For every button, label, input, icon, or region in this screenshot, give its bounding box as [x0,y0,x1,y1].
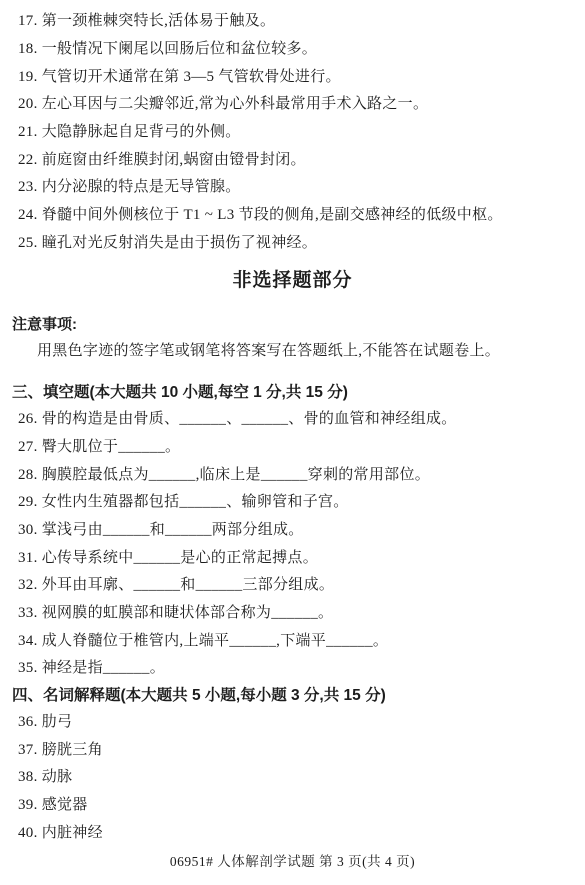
question-38: 38. 动脉 [0,762,585,790]
fill-blank-section-heading: 三、填空题(本大题共 10 小题,每空 1 分,共 15 分) [0,378,585,404]
question-24: 24. 脊髓中间外侧核位于 T1 ~ L3 节段的侧角,是副交感神经的低级中枢。 [0,200,585,228]
page-footer: 06951# 人体解剖学试题 第 3 页(共 4 页) [0,848,585,872]
question-29: 29. 女性内生殖器都包括______、输卵管和子宫。 [0,487,585,515]
exam-page: 17. 第一颈椎棘突特长,活体易于触及。 18. 一般情况下阑尾以回肠后位和盆位… [0,0,585,885]
question-21: 21. 大隐静脉起自足背弓的外侧。 [0,117,585,145]
question-22: 22. 前庭窗由纤维膜封闭,蜗窗由镫骨封闭。 [0,144,585,172]
question-19: 19. 气管切开术通常在第 3—5 气管软骨处进行。 [0,61,585,89]
question-17: 17. 第一颈椎棘突特长,活体易于触及。 [0,6,585,34]
question-20: 20. 左心耳因与二尖瓣邻近,常为心外科最常用手术入路之一。 [0,89,585,117]
question-33: 33. 视网膜的虹膜部和睫状体部合称为______。 [0,598,585,626]
notes-title: 注意事项: [0,311,585,335]
question-32: 32. 外耳由耳廓、______和______三部分组成。 [0,570,585,598]
question-35: 35. 神经是指______。 [0,653,585,681]
question-40: 40. 内脏神经 [0,818,585,846]
question-34: 34. 成人脊髓位于椎管内,上端平______,下端平______。 [0,625,585,653]
section-part-title: 非选择题部分 [0,263,585,293]
question-25: 25. 瞳孔对光反射消失是由于损伤了视神经。 [0,228,585,256]
question-18: 18. 一般情况下阑尾以回肠后位和盆位较多。 [0,34,585,62]
question-26: 26. 骨的构造是由骨质、______、______、骨的血管和神经组成。 [0,404,585,432]
question-37: 37. 膀胱三角 [0,734,585,762]
question-31: 31. 心传导系统中______是心的正常起搏点。 [0,542,585,570]
term-definition-section-heading: 四、名词解释题(本大题共 5 小题,每小题 3 分,共 15 分) [0,681,585,707]
question-36: 36. 肋弓 [0,707,585,735]
notes-body: 用黑色字迹的签字笔或钢笔将答案写在答题纸上,不能答在试题卷上。 [0,335,585,363]
question-27: 27. 臀大肌位于______。 [0,432,585,460]
question-28: 28. 胸膜腔最低点为______,临床上是______穿刺的常用部位。 [0,459,585,487]
question-39: 39. 感觉器 [0,790,585,818]
question-30: 30. 掌浅弓由______和______两部分组成。 [0,515,585,543]
question-23: 23. 内分泌腺的特点是无导管腺。 [0,172,585,200]
